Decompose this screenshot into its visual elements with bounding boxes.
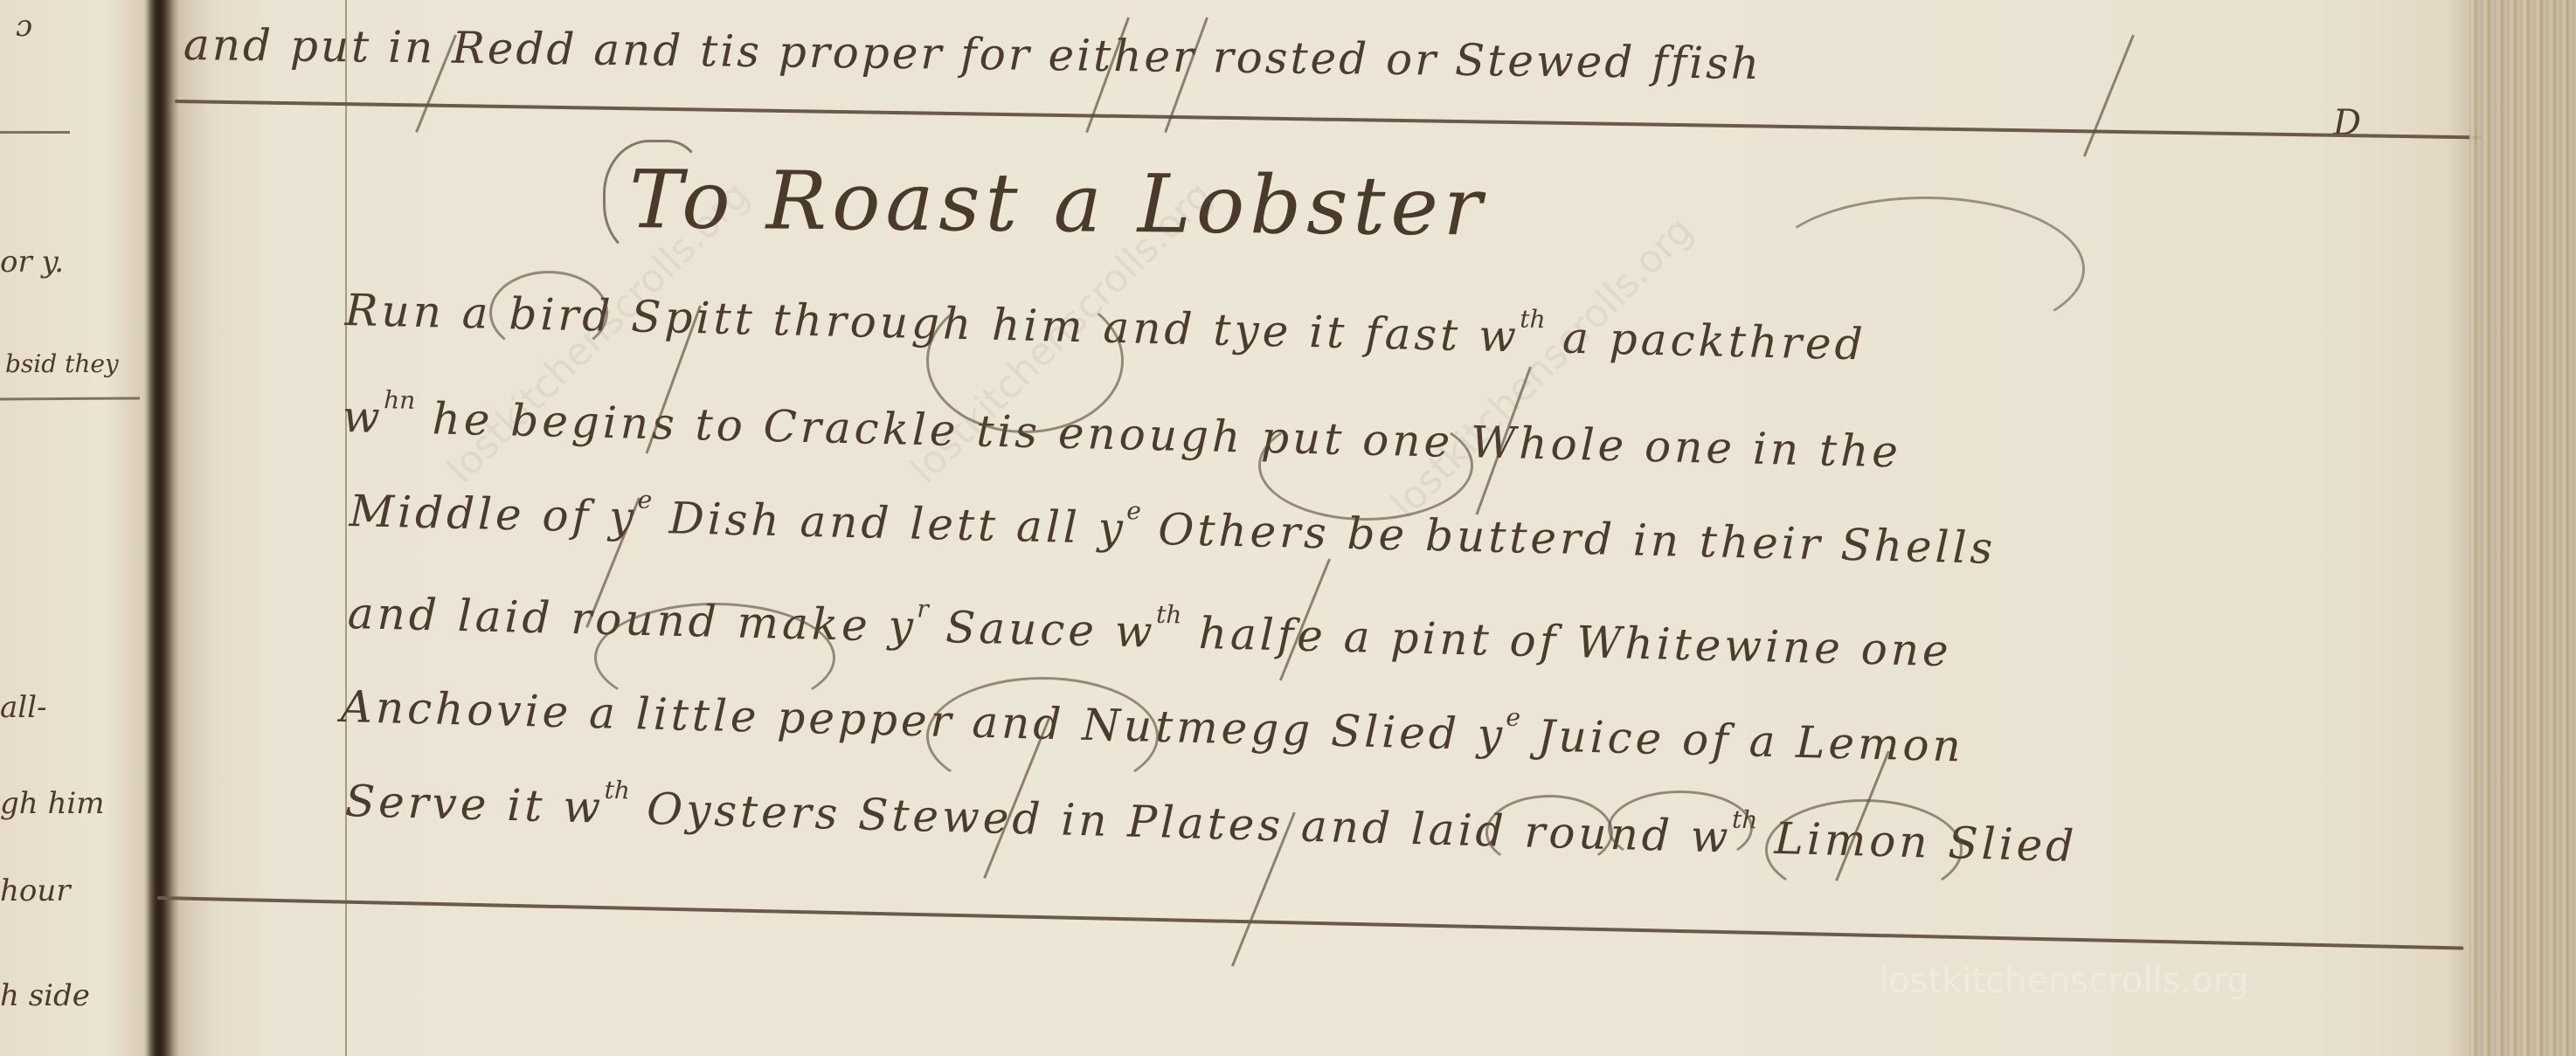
left-rule bbox=[0, 397, 140, 400]
recipe-line-3: Middle of ye Dish and lett all ye Others… bbox=[349, 479, 1997, 574]
section-rule-top bbox=[175, 100, 2482, 139]
ink-swash-icon bbox=[1258, 411, 1473, 521]
previous-recipe-tail: and put in Redd and tis proper for eithe… bbox=[184, 19, 1762, 89]
superscript: hn bbox=[384, 385, 416, 415]
ink-swash-icon bbox=[489, 271, 608, 355]
left-fragment: hour bbox=[0, 873, 71, 908]
left-fragment: bsid they bbox=[5, 349, 119, 378]
superscript: r bbox=[917, 594, 929, 623]
superscript: th bbox=[604, 776, 630, 805]
line-text: Dish and lett all y bbox=[651, 493, 1126, 554]
ink-swash-icon bbox=[1485, 795, 1613, 870]
recipe-line-4: and laid round make yr Sauce wth halfe a… bbox=[347, 581, 1952, 676]
line-text: Juice of a Lemon bbox=[1520, 710, 1965, 771]
superscript: th bbox=[1156, 600, 1182, 630]
watermark: lostkitchenscrolls.org bbox=[1879, 961, 2249, 1001]
left-fragment: all- bbox=[0, 690, 47, 725]
superscript: th bbox=[1520, 305, 1546, 335]
line-text: a packthred bbox=[1545, 312, 1867, 369]
line-text: Others be butterd in their Shells bbox=[1140, 504, 1997, 574]
recipe-title: To Roast a Lobster bbox=[629, 153, 1488, 254]
superscript: e bbox=[1126, 496, 1141, 525]
ink-descender bbox=[2083, 34, 2135, 156]
page-fore-edge bbox=[2469, 0, 2576, 1056]
recipe-line-2: whn he begins to Crackle tis enough put … bbox=[342, 384, 1901, 477]
left-fragment: or y. bbox=[0, 245, 64, 280]
manuscript-spread: ɔ or y. bsid they all- gh him hour h sid… bbox=[0, 0, 2576, 1056]
left-fragment: gh him bbox=[0, 786, 104, 821]
line-text: Sauce w bbox=[928, 602, 1157, 658]
ink-swash-icon bbox=[1608, 790, 1753, 866]
left-fragment: ɔ bbox=[16, 9, 32, 44]
ink-swash-icon bbox=[594, 603, 835, 713]
line-text: Anchovie a little pepper and Nutmegg Sli… bbox=[340, 681, 1506, 761]
left-fragment: h side bbox=[0, 978, 90, 1013]
left-margin-rule bbox=[345, 0, 347, 1056]
line-text: Middle of y bbox=[349, 486, 638, 542]
ink-swash-icon bbox=[926, 288, 1124, 433]
line-text: he begins to Crackle tis enough put one … bbox=[414, 393, 1901, 478]
section-rule-bottom bbox=[157, 896, 2463, 950]
left-rule bbox=[0, 131, 70, 134]
left-page: ɔ or y. bsid they all- gh him hour h sid… bbox=[0, 0, 153, 1056]
line-text: Serve it w bbox=[344, 776, 605, 833]
line-text: w bbox=[342, 391, 384, 443]
superscript: e bbox=[1506, 703, 1520, 732]
